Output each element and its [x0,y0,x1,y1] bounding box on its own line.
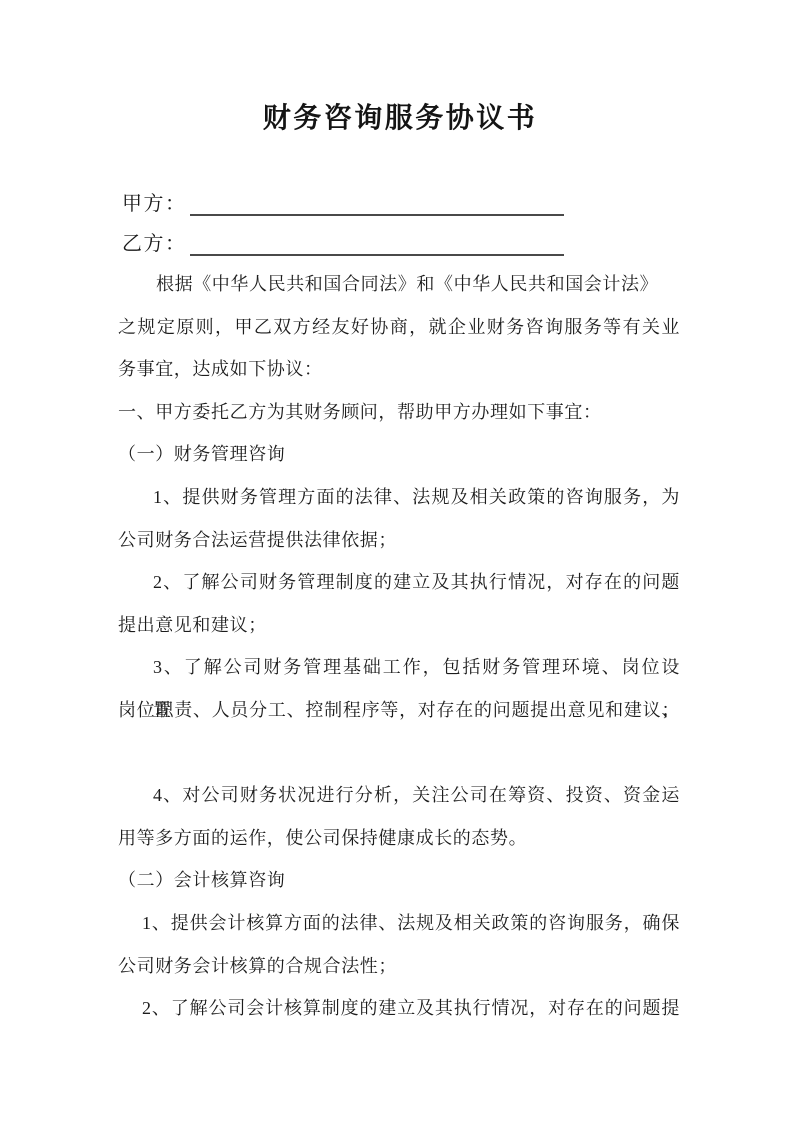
document-line: 1、提供财务管理方面的法律、法规及相关政策的咨询服务，为 [118,476,680,519]
document-title: 财务咨询服务协议书 [0,96,800,136]
blank-line [118,732,680,775]
party-b-label: 乙方： [122,227,187,256]
document-line: 用等多方面的运作，使公司保持健康成长的态势。 [118,817,680,860]
document-body: 根据《中华人民共和国合同法》和《中华人民共和国会计法》之规定原则，甲乙双方经友好… [118,263,680,1030]
document-line: 2、了解公司会计核算制度的建立及其执行情况，对存在的问题提 [118,987,680,1030]
document-line: 务事宜，达成如下协议： [118,348,680,391]
document-line: （一）财务管理咨询 [118,433,680,476]
party-b-row: 乙方： [122,226,564,256]
document-line: 岗位职责、人员分工、控制程序等，对存在的问题提出意见和建议； [118,689,680,732]
document-line: 3、了解公司财务管理基础工作，包括财务管理环境、岗位设置、 [118,646,680,689]
document-line: 公司财务合法运营提供法律依据； [118,519,680,562]
party-a-blank-field [190,190,564,216]
document-page: 财务咨询服务协议书 甲方： 乙方： 根据《中华人民共和国合同法》和《中华人民共和… [0,0,800,1132]
document-line: （二）会计核算咨询 [118,859,680,902]
document-line: 公司财务会计核算的合规合法性； [118,945,680,988]
document-line: 1、提供会计核算方面的法律、法规及相关政策的咨询服务，确保 [118,902,680,945]
document-line: 一、甲方委托乙方为其财务顾问，帮助甲方办理如下事宜： [118,391,680,434]
document-line: 之规定原则，甲乙双方经友好协商，就企业财务咨询服务等有关业 [118,306,680,349]
document-line: 2、了解公司财务管理制度的建立及其执行情况，对存在的问题 [118,561,680,604]
document-line: 提出意见和建议； [118,604,680,647]
document-line: 根据《中华人民共和国合同法》和《中华人民共和国会计法》 [118,263,680,306]
party-block: 甲方： 乙方： [122,186,564,266]
document-line: 4、对公司财务状况进行分析，关注公司在筹资、投资、资金运 [118,774,680,817]
party-a-row: 甲方： [122,186,564,216]
party-a-label: 甲方： [122,187,187,216]
party-b-blank-field [190,230,564,256]
